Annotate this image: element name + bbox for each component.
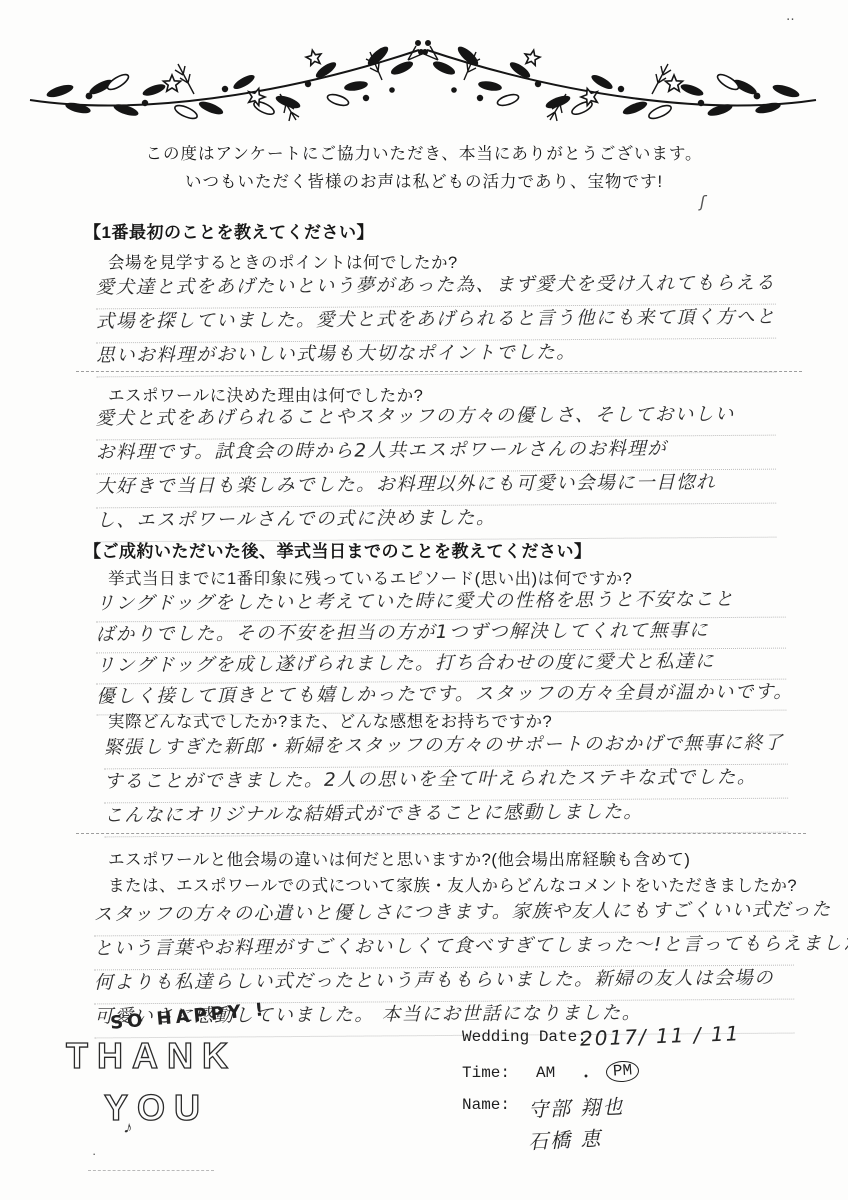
handwritten-answer-line: 大好きで当日も楽しみでした。お料理以外にも可愛い会場に一目惚れ [96, 470, 776, 509]
handwritten-answer-line: リングドッグを成し遂げられました。打ち合わせの度に愛犬と私達に [96, 649, 786, 685]
time-separator-dot: ・ [578, 1064, 594, 1087]
name-value-bride: 石橋 恵 [527, 1122, 603, 1155]
floral-garland-icon [26, 34, 820, 138]
dashed-separator [76, 833, 806, 834]
question-reason-chosen: エスポワールに決めた理由は何でしたか? [108, 382, 423, 406]
question-venue-points: 会場を見学するときのポイントは何でしたか? [108, 249, 458, 273]
handwritten-answer-line: 愛犬達と式をあげたいという夢があった為、まず愛犬を受け入れてもらえる [96, 271, 776, 310]
scan-artifact: · [92, 1146, 96, 1161]
answer-ceremony-impression: 緊張しすぎた新郎・新婦をスタッフの方々のサポートのおかげで無事に終了 することが… [104, 731, 789, 838]
section-1-title: 【1番最初のことを教えてください】 [84, 218, 374, 243]
question-episode: 挙式当日までに1番印象に残っているエピソード(思い出)は何ですか? [108, 565, 632, 589]
name-label: Name: [462, 1096, 510, 1114]
dashed-separator [88, 1170, 214, 1171]
handwritten-answer-line: お料理です。試食会の時から2人共エスポワールさんのお料理が [96, 436, 776, 475]
name-value-groom: 守部 翔也 [528, 1090, 625, 1122]
handwritten-answer-line: 式場を探していました。愛犬と式をあげられると言う他にも来て頂く方へと [96, 305, 776, 344]
handwritten-answer-line: 緊張しすぎた新郎・新婦をスタッフの方々のサポートのおかげで無事に終了 [104, 731, 788, 770]
handwritten-answer-line: こんなにオリジナルな結婚式ができることに感動しました。 [104, 799, 788, 838]
thank-you-outline-text: THANK YOU [60, 1032, 300, 1132]
handwritten-answer-line: 愛犬と式をあげられることやスタッフの方々の優しさ、そしておいしい [96, 402, 776, 441]
scan-artifact: ‥ [786, 8, 795, 24]
time-am-option: AM [536, 1064, 555, 1082]
question-ceremony-impression: 実際どんな式でしたか?また、どんな感想をお持ちですか? [108, 708, 552, 732]
scan-artifact: ʃ [700, 192, 707, 211]
section-2-title: 【ご成約いただいた後、挙式当日までのことを教えてください】 [84, 537, 592, 562]
you-word: YOU [104, 1087, 209, 1128]
handwritten-answer-line: することができました。2人の思いを全て叶えられたステキな式でした。 [104, 765, 788, 804]
question-difference-line-2: または、エスポワールでの式について家族・友人からどんなコメントをいただきましたか… [108, 872, 797, 896]
answer-reason-chosen: 愛犬と式をあげられることやスタッフの方々の優しさ、そしておいしい お料理です。試… [96, 402, 777, 543]
wedding-date-value: 2017/ 11 / 11 [580, 1021, 741, 1051]
thank-word: THANK [66, 1035, 237, 1076]
handwritten-answer-line: スタッフの方々の心遣いと優しさにつきます。家族や友人にもすごくいい式だった [94, 898, 794, 937]
handwritten-answer-line: ばかりでした。その不安を担当の方が1つずつ解決してくれて無事に [96, 618, 786, 654]
answer-venue-points: 愛犬達と式をあげたいという夢があった為、まず愛犬を受け入れてもらえる 式場を探し… [96, 271, 777, 378]
handwritten-answer-line: という言葉やお料理がすごくおいしくて食べすぎてしまった〜!と言ってもらえました。 [94, 932, 794, 971]
answer-episode: リングドッグをしたいと考えていた時に愛犬の性格を思うと不安なこと ばかりでした。… [96, 587, 787, 716]
time-label: Time: [462, 1064, 510, 1082]
intro-thanks-line-1: この度はアンケートにご協力いただき、本当にありがとうございます。 [0, 140, 848, 164]
question-difference-line-1: エスポワールと他会場の違いは何だと思いますか?(他会場出席経験も含めて) [108, 846, 690, 870]
scanned-questionnaire-page: ‥ ʃ · この度はアンケートにご協力いただき、本当にありがとうございます。 い… [0, 0, 848, 1200]
handwritten-answer-line: リングドッグをしたいと考えていた時に愛犬の性格を思うと不安なこと [96, 587, 786, 623]
wedding-date-row: Wedding Date: 2017/ 11 / 11 [462, 1028, 587, 1046]
handwritten-answer-line: 何よりも私達らしい式だったという声ももらいました。新婦の友人は会場の [94, 966, 794, 1005]
name-row: Name: 守部 翔也 石橋 恵 [462, 1096, 510, 1114]
time-row: Time: AM ・ PM [462, 1064, 510, 1082]
intro-thanks-line-2: いつもいただく皆様のお声は私どもの活力であり、宝物です! [0, 168, 848, 192]
dashed-separator [76, 371, 802, 372]
time-pm-option-circled: PM [605, 1060, 640, 1083]
wedding-date-label: Wedding Date: [462, 1028, 587, 1046]
